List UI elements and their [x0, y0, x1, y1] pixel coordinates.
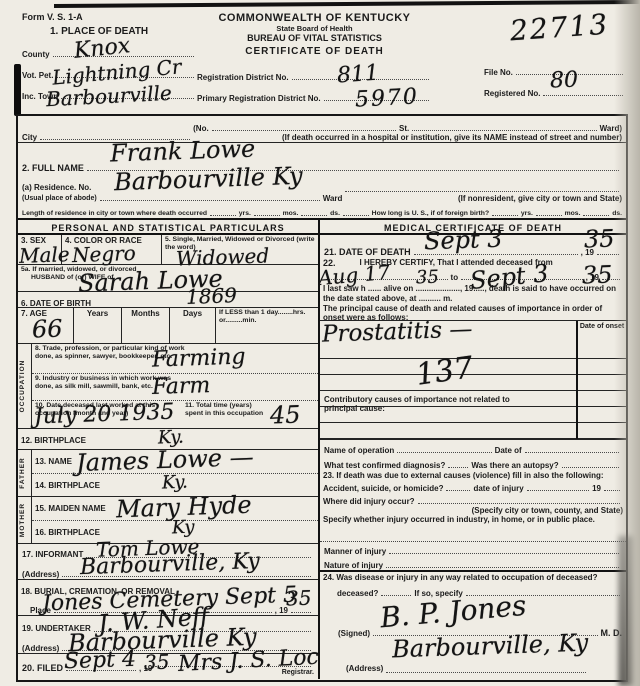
personal-column: PERSONAL AND STATISTICAL PARTICULARS 3. …: [18, 220, 320, 679]
city-label: City: [22, 133, 37, 142]
specify-where-note: Specify whether injury occurred in indus…: [323, 515, 623, 524]
full-name-entry: Frank Lowe: [110, 136, 256, 165]
father-side-strip: FATHER: [18, 450, 32, 496]
burial-year-rule: [291, 611, 311, 613]
signed-label: (Signed): [338, 629, 370, 638]
primary-district-label: Primary Registration District No.: [197, 94, 321, 103]
where-injury-rule: [418, 502, 620, 504]
burial-year-entry: 35: [286, 588, 312, 609]
filed-year-entry: 35: [144, 651, 170, 672]
industry-row: 9. Industry or business in which work wa…: [32, 374, 318, 401]
residence-entry: Barbourville Ky: [114, 164, 303, 195]
birthplace-label: 12. BIRTHPLACE: [21, 436, 86, 445]
m-label: m.: [443, 294, 452, 303]
total-time-entry: 45: [270, 402, 301, 427]
mos-label-1: mos.: [283, 210, 299, 218]
no-rule: [212, 129, 396, 131]
attended-from-entry: Aug 17: [320, 262, 391, 288]
operation-rule: [397, 451, 491, 453]
spouse-row: 5a. If married, widowed, or divorced HUS…: [18, 265, 318, 292]
reg-district-entry: 811: [336, 63, 379, 88]
medical-column: MEDICAL CERTIFICATE OF DEATH 21. DATE OF…: [320, 220, 626, 679]
signed-address-rule: [386, 671, 586, 673]
operation-date-label: Date of: [495, 446, 522, 455]
ward-rule: [345, 181, 619, 192]
mother-birthplace-label: 16. BIRTHPLACE: [35, 528, 100, 537]
street-line: (No. St. Ward): [193, 121, 622, 133]
abode-note: (Usual place of abode): [22, 195, 97, 203]
nature-rule: [386, 566, 619, 568]
external-causes-label: 23. If death was due to external causes …: [323, 471, 623, 480]
father-name-entry: James Lowe —: [76, 445, 254, 475]
ds-label-1: ds.: [330, 210, 340, 218]
reg-district-label: Registration District No.: [197, 73, 289, 82]
occupation-side-strip: OCCUPATION: [18, 344, 32, 428]
age-row: 7. AGE 66 Years Months Days If LESS than…: [18, 308, 318, 344]
yrs-label-2: yrs.: [521, 210, 533, 218]
cause-of-death-area: Prostatitis — 137 Contributory causes of…: [320, 321, 626, 440]
filed-row: 20. FILED , 19 Registrar. Sept 4 35 Mrs …: [18, 654, 318, 679]
dob-entry: 1869: [186, 285, 238, 307]
reg-district-line: Registration District No.: [197, 61, 432, 82]
accident-line: Accident, suicide, or homicide? date of …: [323, 480, 623, 493]
full-name-label: 2. FULL NAME: [22, 163, 84, 173]
injury-date-rule: [527, 489, 589, 491]
length-rule7: [583, 214, 609, 216]
occupation-side-label: OCCUPATION: [19, 360, 26, 413]
length-rule5: [492, 214, 518, 216]
father-side-label: FATHER: [19, 457, 26, 489]
test-rule: [448, 466, 468, 468]
marital-cell: 5. Single, Married, Widowed or Divorced …: [162, 235, 318, 264]
where-injury-line: Where did injury occur?: [323, 493, 623, 506]
undertaker-address-label: (Address): [22, 644, 59, 653]
certificate-stamp-number: 22713: [509, 11, 610, 46]
accident-label: Accident, suicide, or homicide?: [323, 484, 443, 493]
residence-rule: [100, 199, 320, 201]
county-label: County: [22, 50, 50, 59]
manner-rule: [389, 552, 619, 554]
date-of-onset-label: Date of onset: [578, 321, 626, 331]
us-length-label: How long is U. S., if of foreign birth?: [372, 210, 489, 218]
father-group: FATHER 13. NAME James Lowe — 14. BIRTHPL…: [18, 450, 318, 497]
manner-of-injury-row: Manner of injury: [320, 542, 626, 556]
st-label: St.: [399, 124, 409, 133]
certificate-scan: Form V. S. 1-A 1. PLACE OF DEATH County …: [0, 0, 640, 686]
mother-side-strip: MOTHER: [18, 497, 32, 543]
age-less-than-label: If LESS than 1 day........hrs. or.......…: [216, 308, 318, 343]
commonwealth-title: COMMONWEALTH OF KENTUCKY: [197, 12, 432, 25]
race-entry: Negro: [72, 243, 136, 265]
no-paren-label: (No.: [193, 124, 209, 133]
columns: PERSONAL AND STATISTICAL PARTICULARS 3. …: [18, 220, 626, 679]
nonresident-note: (If nonresident, give city or town and S…: [342, 194, 622, 203]
mother-side-label: MOTHER: [19, 503, 26, 537]
to-label: to: [451, 273, 459, 282]
attended-to-year: 35: [582, 262, 613, 287]
external-causes-block: 23. If death was due to external causes …: [320, 470, 626, 542]
length-rule1: [210, 214, 236, 216]
total-time-label: 11. Total time (years) spent in this occ…: [185, 402, 265, 418]
age-cell: 7. AGE 66: [18, 308, 74, 343]
informant-address-label: (Address): [22, 570, 59, 579]
scan-edge-smudge: [619, 536, 634, 686]
length-rule6: [536, 214, 562, 216]
father-name-row: 13. NAME James Lowe —: [32, 450, 318, 474]
board-subtitle: State Board of Health: [197, 25, 432, 34]
operation-label: Name of operation: [324, 446, 394, 455]
date-of-death-entry: Sept 3: [424, 227, 503, 254]
filing-block: 22713 File No. Registered No. 80: [432, 12, 626, 112]
test-label: What test confirmed diagnosis?: [324, 461, 445, 470]
residence-ward-label: Ward: [323, 194, 343, 203]
last-saw-mid: alive on: [384, 284, 414, 293]
nature-of-injury-row: Nature of injury: [320, 556, 626, 572]
accident-rule: [446, 489, 470, 491]
race-cell: 4. COLOR OR RACE Negro: [62, 235, 162, 264]
dod-year-rule: [597, 253, 619, 255]
signed-address-row: (Address) Barbourville, Ky: [320, 638, 626, 679]
father-birthplace-entry: Ky.: [162, 474, 188, 493]
inc-town-entry: Barbourville: [46, 83, 173, 110]
md-label: M. D.: [601, 628, 623, 638]
form-body: City (No. St. Ward) (If death occurred i…: [16, 114, 628, 682]
signed-address-label: (Address): [346, 664, 383, 673]
sex-cell: 3. SEX Male: [18, 235, 62, 264]
file-no-label: File No.: [484, 68, 513, 77]
sex-race-marital-row: 3. SEX Male 4. COLOR OR RACE Negro 5. Si…: [18, 235, 318, 265]
yrs-label-1: yrs.: [239, 210, 251, 218]
bureau-subtitle: BUREAU OF VITAL STATISTICS: [197, 33, 432, 43]
principal-cause-entry: Prostatitis —: [322, 318, 473, 346]
filed-label: 20. FILED: [22, 663, 63, 673]
deceased-q-label: deceased?: [337, 589, 378, 598]
age-entry: 66: [32, 317, 63, 342]
age-years-header: Years: [74, 308, 122, 343]
ds-label-2: ds.: [612, 210, 622, 218]
title-block: COMMONWEALTH OF KENTUCKY State Board of …: [197, 12, 432, 112]
certify-block: 22. I HEREBY CERTIFY, That I attended de…: [320, 257, 626, 321]
length-rule2: [254, 214, 280, 216]
age-months-header: Months: [122, 308, 170, 343]
length-rule3: [301, 214, 327, 216]
registered-no-entry: 80: [550, 70, 579, 93]
manner-of-injury-label: Manner of injury: [324, 547, 386, 556]
dob-row: 6. DATE OF BIRTH 1869: [18, 292, 318, 308]
father-birthplace-label: 14. BIRTHPLACE: [35, 481, 100, 490]
last-worked-entry: July 20 1935: [34, 401, 175, 428]
certificate-title: CERTIFICATE OF DEATH: [197, 46, 432, 58]
mother-name-label: 15. MAIDEN NAME: [35, 504, 106, 513]
st-rule: [412, 129, 596, 131]
mos-label-2: mos.: [565, 210, 581, 218]
informant-address-row: (Address) Barbourville, Ky: [18, 560, 318, 580]
nature-of-injury-label: Nature of injury: [324, 561, 383, 570]
trade-row: 8. Trade, profession, or particular kind…: [32, 344, 318, 374]
age-days-header: Days: [170, 308, 216, 343]
trade-entry: Farming: [152, 346, 246, 371]
occupation-related-label: 24. Was disease or injury in any way rel…: [323, 573, 623, 582]
length-rule4: [343, 214, 369, 216]
autopsy-label: Was there an autopsy?: [471, 461, 558, 470]
vot-pet-label: Vot. Pet.: [22, 71, 53, 80]
total-time-cell: 11. Total time (years) spent in this occ…: [182, 401, 318, 428]
cause-code-entry: 137: [414, 353, 475, 391]
last-worked-cell: 10. Date deceased last worked at this oc…: [32, 401, 182, 428]
full-name-row: 2. FULL NAME Frank Lowe: [18, 143, 626, 173]
test-autopsy-row: What test confirmed diagnosis? Was there…: [320, 455, 626, 470]
ward-paren-label: Ward): [600, 124, 622, 133]
primary-district-entry: 5970: [354, 86, 419, 111]
operation-date-rule: [525, 451, 619, 453]
date-of-death-row: 21. DATE OF DEATH , 19 Sept 3 35: [320, 235, 626, 257]
filed-date-entry: Sept 4: [64, 649, 137, 673]
operation-row: Name of operation Date of: [320, 440, 626, 455]
dod-year-entry: 35: [584, 226, 615, 251]
personal-title: PERSONAL AND STATISTICAL PARTICULARS: [18, 220, 318, 235]
residence-label: (a) Residence. No.: [22, 183, 91, 192]
scan-top-edge: [54, 0, 640, 8]
hospital-note: (If death occurred in a hospital or inst…: [193, 133, 622, 142]
injury-year-rule: [604, 489, 620, 491]
place-of-death-block: Form V. S. 1-A 1. PLACE OF DEATH County …: [22, 12, 197, 112]
date-of-death-label: 21. DATE OF DEATH: [324, 247, 411, 257]
date-of-injury-label: date of injury: [473, 484, 523, 493]
occupation-group: OCCUPATION 8. Trade, profession, or part…: [18, 344, 318, 429]
last-worked-row: 10. Date deceased last worked at this oc…: [32, 401, 318, 428]
where-injury-label: Where did injury occur?: [323, 497, 415, 506]
informant-address-entry: Barbourville, Ky: [80, 551, 260, 579]
residence-row: (a) Residence. No. (Usual place of abode…: [18, 173, 626, 203]
specify-city-note: (Specify city or town, county, and State…: [323, 506, 623, 515]
dob-label: 6. DATE OF BIRTH: [21, 299, 91, 308]
deceased-rule: [381, 594, 411, 596]
injury-19-label: 19: [592, 484, 601, 493]
form-number: Form V. S. 1-A: [22, 12, 197, 22]
autopsy-rule: [562, 466, 619, 468]
date-of-onset-box: Date of onset: [576, 321, 626, 439]
contributory-label: Contributory causes of importance not re…: [324, 395, 524, 413]
attended-from-year: 35: [416, 269, 440, 288]
industry-entry: Farm: [152, 375, 211, 399]
registered-no-label: Registered No.: [484, 89, 540, 98]
registered-no-rule: [543, 94, 623, 96]
length-residence-row: Length of residence in city or town wher…: [18, 203, 626, 220]
informant-label: 17. INFORMANT: [22, 550, 83, 559]
scan-binding-mark: [14, 64, 21, 116]
header: Form V. S. 1-A 1. PLACE OF DEATH County …: [22, 12, 626, 112]
physician-address-entry: Barbourville, Ky: [392, 631, 589, 662]
father-name-label: 13. NAME: [35, 457, 72, 466]
length-residence-label: Length of residence in city or town wher…: [22, 210, 207, 218]
